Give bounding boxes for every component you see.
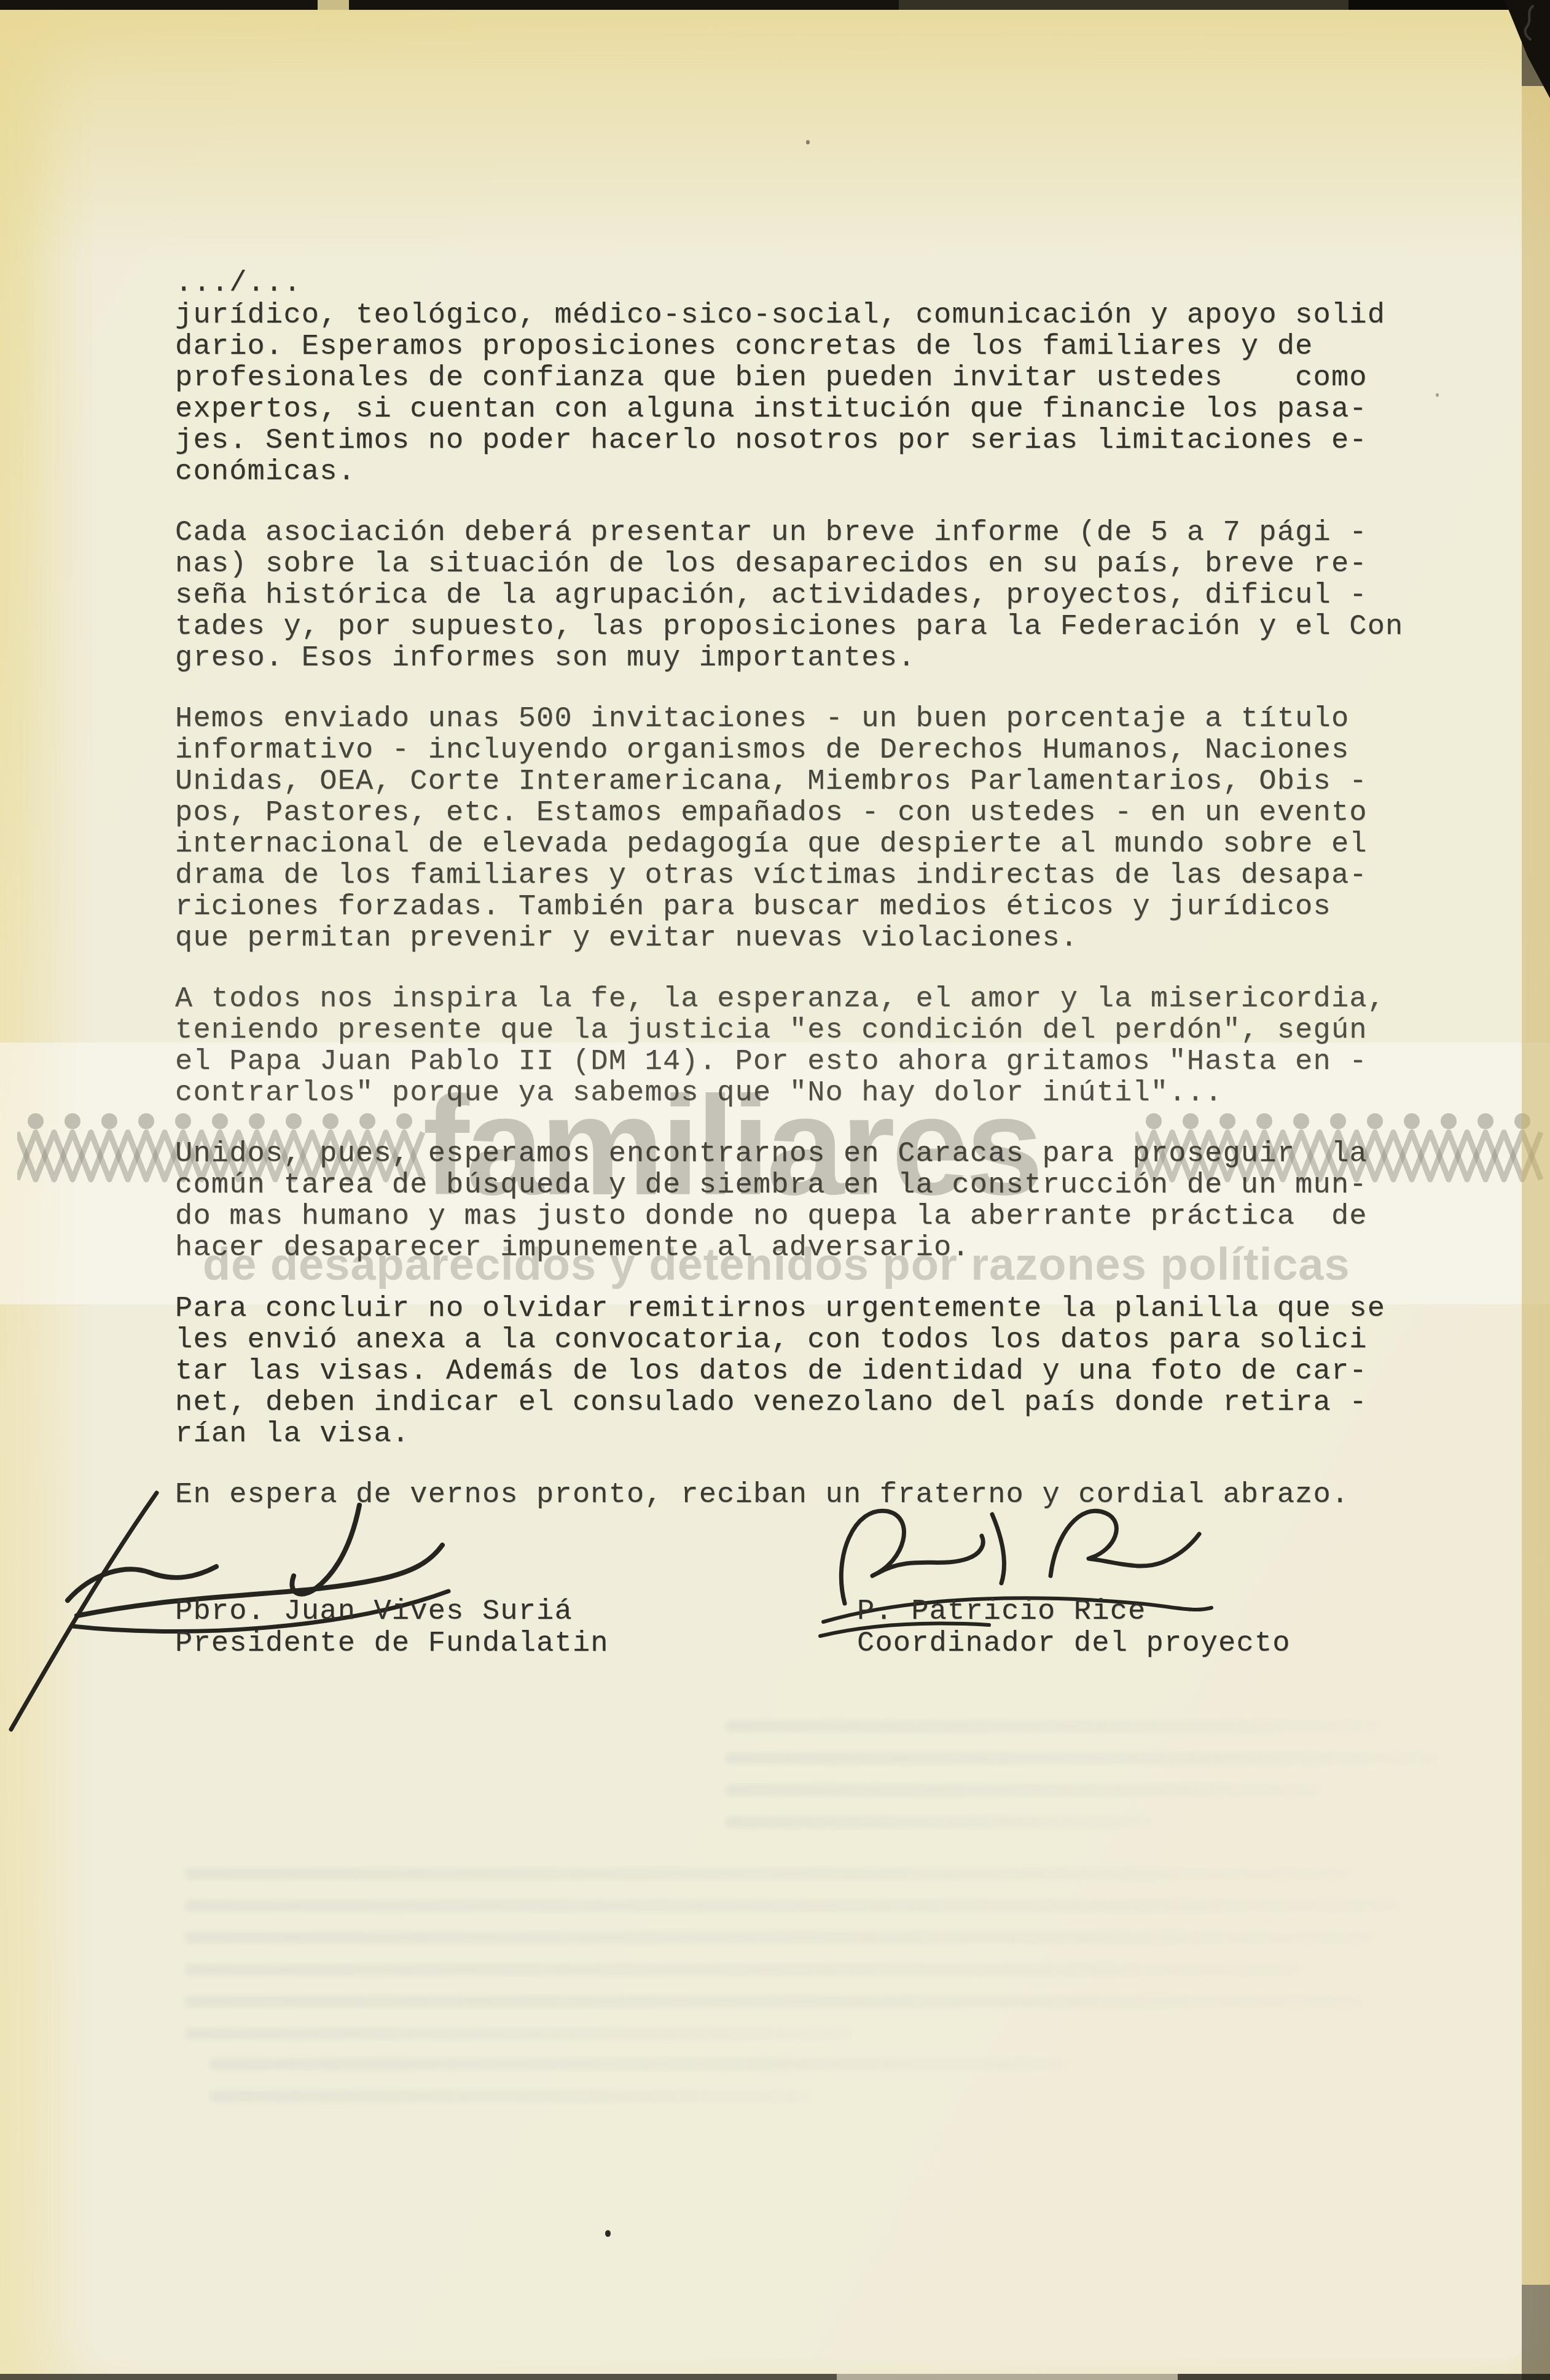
paper-speck bbox=[806, 140, 810, 144]
signer-right-name: P. Patricio Rice bbox=[857, 1596, 1146, 1627]
typed-line: tades y, por supuesto, las proposiciones… bbox=[175, 611, 1416, 643]
typed-line: internacional de elevada pedagogía que d… bbox=[175, 829, 1416, 860]
paper-speck bbox=[1436, 393, 1439, 397]
bleed-through-texture bbox=[184, 1868, 1401, 2059]
typed-line: tar las visas. Además de los datos de id… bbox=[175, 1356, 1416, 1387]
paragraph: Cada asociación deberá presentar un brev… bbox=[175, 517, 1416, 674]
typed-line: pos, Pastores, etc. Estamos empañados - … bbox=[175, 797, 1416, 829]
typed-line: hacer desaparecer impunemente al adversa… bbox=[175, 1232, 1416, 1264]
typed-line: les envió anexa a la convocatoria, con t… bbox=[175, 1325, 1416, 1356]
paper-speck bbox=[605, 2230, 611, 2237]
paper-aging-top bbox=[0, 0, 1550, 264]
typed-line: Unidas, OEA, Corte Interamericana, Miemb… bbox=[175, 766, 1416, 797]
typed-line: A todos nos inspira la fe, la esperanza,… bbox=[175, 984, 1416, 1015]
paragraph: Unidos, pues, esperamos encontrarnos en … bbox=[175, 1138, 1416, 1264]
typed-line: que permitan prevenir y evitar nuevas vi… bbox=[175, 923, 1416, 954]
signer-right-title: Coordinador del proyecto bbox=[857, 1628, 1291, 1659]
paragraph: Para concluir no olvidar remitirnos urge… bbox=[175, 1293, 1416, 1450]
paragraph: jurídico, teológico, médico-sico-social,… bbox=[175, 300, 1416, 488]
signer-left-title: Presidente de Fundalatin bbox=[175, 1628, 609, 1659]
typed-line: jes. Sentimos no poder hacerlo nosotros … bbox=[175, 425, 1416, 456]
typed-line: drama de los familiares y otras víctimas… bbox=[175, 860, 1416, 891]
typed-line: expertos, si cuentan con alguna instituc… bbox=[175, 394, 1416, 425]
typed-line: Cada asociación deberá presentar un brev… bbox=[175, 517, 1416, 549]
typed-line: greso. Esos informes son muy importantes… bbox=[175, 643, 1416, 674]
signer-left-name: Pbro. Juan Vives Suriá bbox=[175, 1596, 573, 1627]
typed-line: seña histórica de la agrupación, activid… bbox=[175, 580, 1416, 611]
typed-line: conómicas. bbox=[175, 456, 1416, 488]
typed-line: informativo - incluyendo organismos de D… bbox=[175, 735, 1416, 766]
typed-line: do mas humano y mas justo donde no quepa… bbox=[175, 1201, 1416, 1232]
typed-line: común tarea de búsqueda y de siembra en … bbox=[175, 1170, 1416, 1201]
continuation-mark: .../... bbox=[175, 268, 1416, 299]
scan-edge-right bbox=[1522, 0, 1550, 2380]
typed-line: jurídico, teológico, médico-sico-social,… bbox=[175, 300, 1416, 331]
letter-body: .../... jurídico, teológico, médico-sico… bbox=[175, 268, 1416, 1479]
typed-line: rían la visa. bbox=[175, 1419, 1416, 1450]
typed-line: nas) sobre la situación de los desaparec… bbox=[175, 549, 1416, 580]
scanned-letter-page: familiares de desaparecidos y detenidos … bbox=[0, 0, 1550, 2380]
corner-pen-mark bbox=[1514, 4, 1539, 41]
typed-line: Hemos enviado unas 500 invitaciones - un… bbox=[175, 703, 1416, 735]
typed-line: Para concluir no olvidar remitirnos urge… bbox=[175, 1293, 1416, 1325]
typed-line: contrarlos" porque ya sabemos que "No ha… bbox=[175, 1078, 1416, 1109]
scan-edge-bottom bbox=[0, 2374, 1550, 2380]
typed-line: Unidos, pues, esperamos encontrarnos en … bbox=[175, 1138, 1416, 1170]
typed-line: el Papa Juan Pablo II (DM 14). Por esto … bbox=[175, 1046, 1416, 1078]
typed-line: dario. Esperamos proposiciones concretas… bbox=[175, 331, 1416, 362]
typed-line: teniendo presente que la justicia "es co… bbox=[175, 1015, 1416, 1046]
bleed-through-texture bbox=[209, 2058, 1069, 2122]
scan-edge-top bbox=[0, 0, 1550, 10]
bleed-through-texture bbox=[725, 1720, 1438, 1848]
typed-line: net, deben indicar el consulado venezola… bbox=[175, 1387, 1416, 1419]
typed-line: riciones forzadas. También para buscar m… bbox=[175, 891, 1416, 923]
paragraph: Hemos enviado unas 500 invitaciones - un… bbox=[175, 703, 1416, 954]
typed-line: profesionales de confianza que bien pued… bbox=[175, 362, 1416, 394]
paragraph: A todos nos inspira la fe, la esperanza,… bbox=[175, 984, 1416, 1109]
